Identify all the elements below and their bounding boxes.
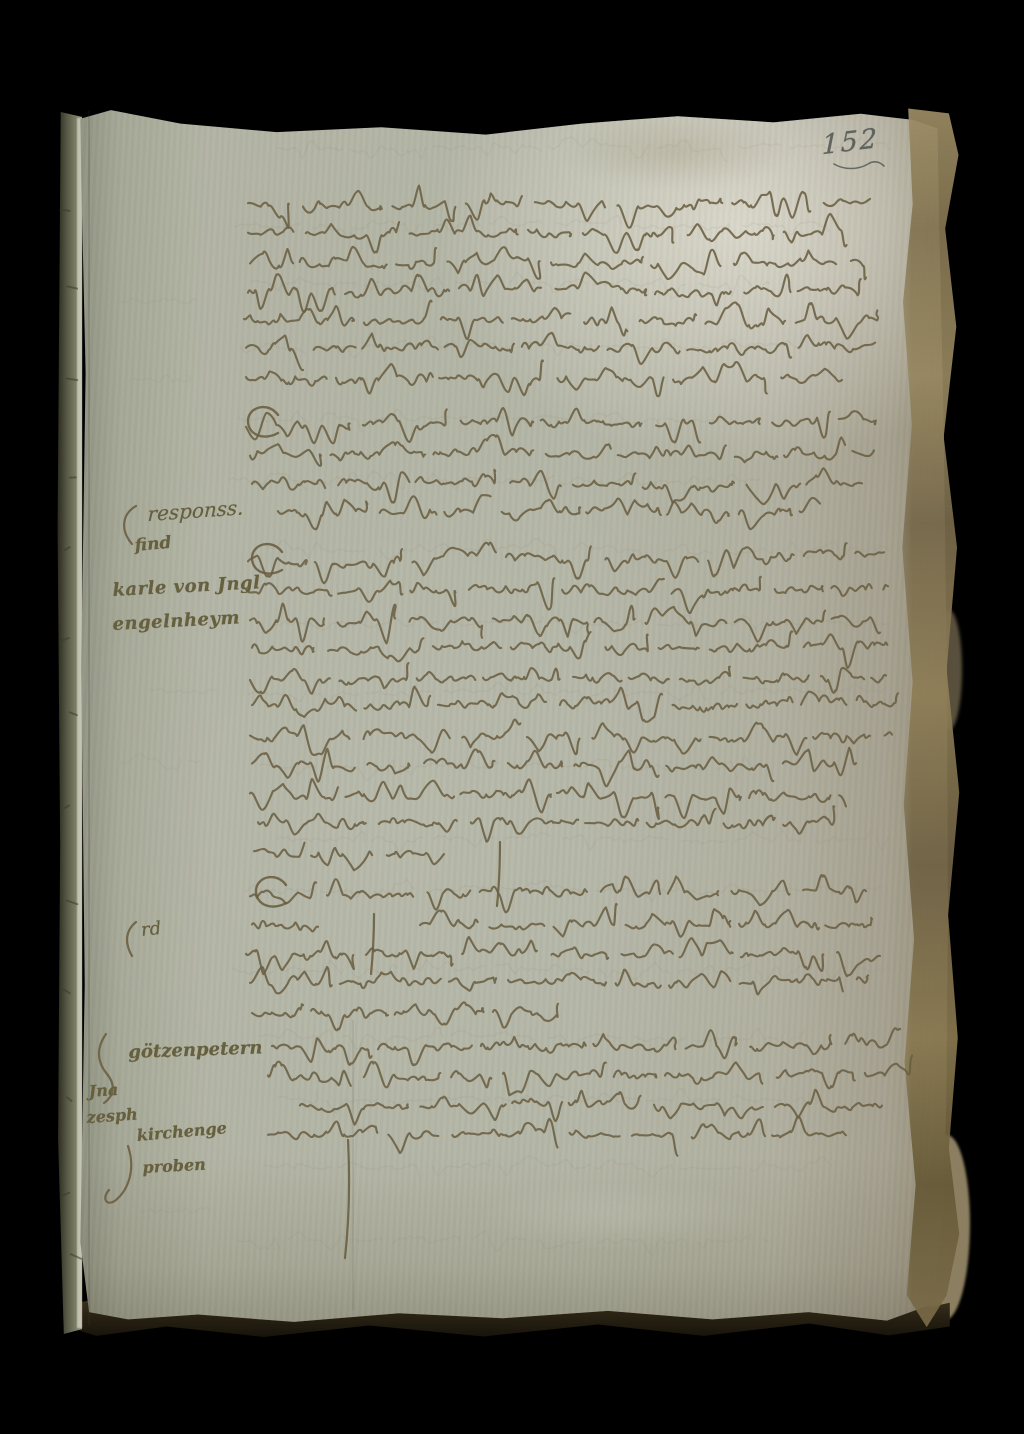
margin-note-find: find [134, 533, 172, 556]
folio-number-swash [834, 162, 884, 169]
margin-note-zesph: zesph [86, 1104, 138, 1127]
margin-note-rd: rd [140, 918, 162, 941]
handwriting-ink-layer [0, 0, 1024, 1434]
margin-note-proben: proben [142, 1155, 206, 1177]
manuscript-photo: 152 responss. find karle von Jngl engeln… [0, 0, 1024, 1434]
margin-note-jna: Jna [88, 1080, 119, 1101]
facing-page-ink-marks [60, 210, 81, 1259]
body-text-lines [244, 186, 912, 1156]
